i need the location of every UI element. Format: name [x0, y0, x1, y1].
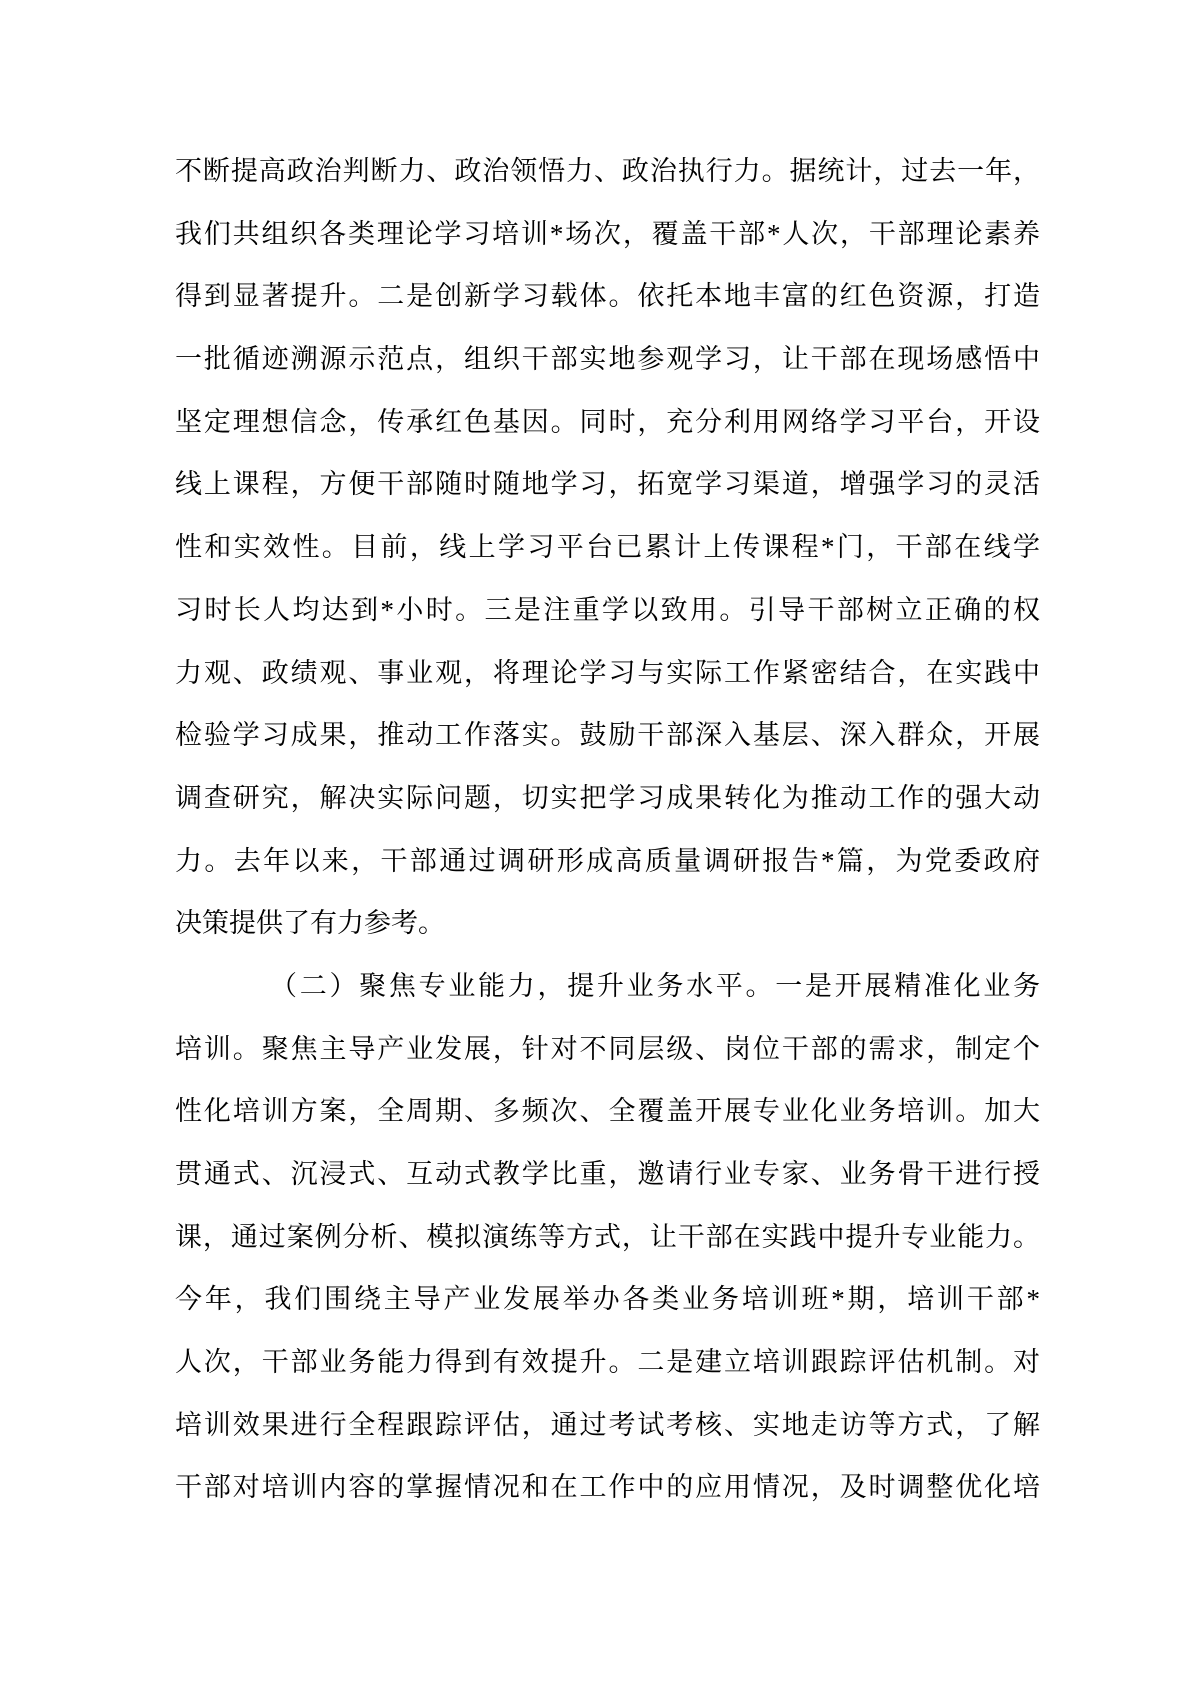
text-line: 力观、政绩观、事业观，将理论学习与实际工作紧密结合，在实践中 [175, 642, 1040, 705]
text-line: 一批循迹溯源示范点，组织干部实地参观学习，让干部在现场感悟中 [175, 328, 1040, 391]
text-line: 习时长人均达到*小时。三是注重学以致用。引导干部树立正确的权 [175, 579, 1040, 642]
text-line: 培训。聚焦主导产业发展，针对不同层级、岗位干部的需求，制定个 [175, 1018, 1040, 1081]
text-line: 性和实效性。目前，线上学习平台已累计上传课程*门，干部在线学 [175, 516, 1040, 579]
text-line: 不断提高政治判断力、政治领悟力、政治执行力。据统计，过去一年， [175, 140, 1040, 203]
text-line-section-heading: （二）聚焦专业能力，提升业务水平。一是开展精准化业务 [175, 955, 1040, 1018]
text-line: 人次，干部业务能力得到有效提升。二是建立培训跟踪评估机制。对 [175, 1331, 1040, 1394]
text-line: 我们共组织各类理论学习培训*场次，覆盖干部*人次，干部理论素养 [175, 203, 1040, 266]
document-page: 不断提高政治判断力、政治领悟力、政治执行力。据统计，过去一年， 我们共组织各类理… [0, 0, 1190, 1683]
paragraph-section-2: （二）聚焦专业能力，提升业务水平。一是开展精准化业务 培训。聚焦主导产业发展，针… [175, 955, 1040, 1519]
text-line: 贯通式、沉浸式、互动式教学比重，邀请行业专家、业务骨干进行授 [175, 1143, 1040, 1206]
text-line: 得到显著提升。二是创新学习载体。依托本地丰富的红色资源，打造 [175, 265, 1040, 328]
text-line: 调查研究，解决实际问题，切实把学习成果转化为推动工作的强大动 [175, 767, 1040, 830]
text-line: 干部对培训内容的掌握情况和在工作中的应用情况，及时调整优化培 [175, 1456, 1040, 1519]
paragraph-continued: 不断提高政治判断力、政治领悟力、政治执行力。据统计，过去一年， 我们共组织各类理… [175, 140, 1040, 955]
text-line: 决策提供了有力参考。 [175, 892, 1040, 955]
text-line: 坚定理想信念，传承红色基因。同时，充分利用网络学习平台，开设 [175, 391, 1040, 454]
text-line: 线上课程，方便干部随时随地学习，拓宽学习渠道，增强学习的灵活 [175, 453, 1040, 516]
text-line: 课，通过案例分析、模拟演练等方式，让干部在实践中提升专业能力。 [175, 1206, 1040, 1269]
text-line: 今年，我们围绕主导产业发展举办各类业务培训班*期，培训干部* [175, 1268, 1040, 1331]
text-line: 性化培训方案，全周期、多频次、全覆盖开展专业化业务培训。加大 [175, 1080, 1040, 1143]
text-line: 检验学习成果，推动工作落实。鼓励干部深入基层、深入群众，开展 [175, 704, 1040, 767]
text-line: 培训效果进行全程跟踪评估，通过考试考核、实地走访等方式，了解 [175, 1394, 1040, 1457]
text-line: 力。去年以来，干部通过调研形成高质量调研报告*篇，为党委政府 [175, 830, 1040, 893]
page-content: 不断提高政治判断力、政治领悟力、政治执行力。据统计，过去一年， 我们共组织各类理… [175, 140, 1040, 1519]
